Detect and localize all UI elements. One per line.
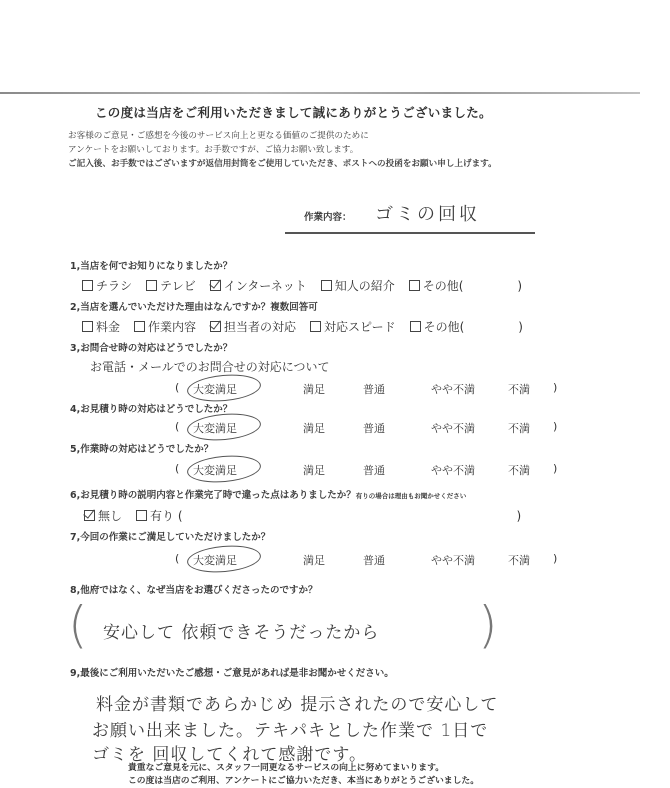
option-label: その他( <box>424 318 465 335</box>
work-underline <box>285 232 535 234</box>
option-label: インターネット <box>224 277 307 294</box>
option-referral[interactable]: 知人の紹介 <box>321 277 395 294</box>
paren-close: ) <box>553 420 557 436</box>
question-1-options: チラシ テレビ インターネット 知人の紹介 その他() <box>82 277 522 294</box>
paren-close: ) <box>553 462 557 478</box>
option-other[interactable]: その他() <box>410 318 523 335</box>
rating-normal[interactable]: 普通 <box>363 552 431 568</box>
question-2: 2,当店を選んでいただけた理由はなんですか？複数回答可 <box>70 299 318 313</box>
option-label: 作業内容 <box>148 318 196 335</box>
question-2-options: 料金 作業内容 担当者の対応 対応スピード その他() <box>82 318 523 335</box>
checkbox-checked[interactable] <box>84 510 95 521</box>
rating-very-satisfied[interactable]: 大変満足 <box>193 552 303 568</box>
rating-very-satisfied[interactable]: 大変満足 <box>193 462 303 478</box>
question-5: 5,作業時の対応はどうでしたか？ <box>70 441 213 455</box>
intro-line-1: お客様のご意見・ご感想を今後のサービス向上と更なる価値のご提供のために <box>68 129 369 141</box>
option-work-content[interactable]: 作業内容 <box>134 318 196 335</box>
question-9-answer-line-1[interactable]: 料金が書類であらかじめ 提示されたので安心して <box>96 690 498 715</box>
checkbox[interactable] <box>146 280 157 291</box>
question-8-answer[interactable]: 安心して 依頼できそうだったから <box>103 618 379 643</box>
question-3-sub: お電話・メールでのお問合せの対応について <box>90 358 330 375</box>
rating-somewhat-dissatisfied[interactable]: やや不満 <box>431 462 508 478</box>
rating-satisfied[interactable]: 満足 <box>303 552 363 568</box>
rating-somewhat-dissatisfied[interactable]: やや不満 <box>431 381 508 397</box>
checkbox[interactable] <box>410 321 421 332</box>
rating-normal[interactable]: 普通 <box>363 381 431 397</box>
option-label: 対応スピード <box>324 318 396 335</box>
document-title: この度は当店をご利用いただきまして誠にありがとうございました。 <box>95 103 492 121</box>
option-internet[interactable]: インターネット <box>210 277 307 294</box>
rating-satisfied[interactable]: 満足 <box>303 462 363 478</box>
rating-normal[interactable]: 普通 <box>363 420 431 436</box>
option-staff-response[interactable]: 担当者の対応 <box>210 318 296 335</box>
option-label: 知人の紹介 <box>335 277 395 294</box>
scan-edge-line <box>0 92 640 94</box>
rating-dissatisfied[interactable]: 不満 <box>508 381 553 397</box>
work-value: ゴミの回収 <box>375 200 480 226</box>
question-6-options: 無し 有り () <box>84 507 521 524</box>
option-flyer[interactable]: チラシ <box>82 277 132 294</box>
question-7-scale: ( 大変満足 満足 普通 やや不満 不満 ) <box>175 552 557 568</box>
option-label: テレビ <box>160 277 196 294</box>
option-label: 担当者の対応 <box>224 318 296 335</box>
option-label: 有り ( <box>150 507 183 524</box>
paren-close: ) <box>517 279 522 293</box>
rating-dissatisfied[interactable]: 不満 <box>508 420 553 436</box>
footer-line-1: 貴重なご意見を元に、スタッフ一同更なるサービスの向上に努めてまいります。 <box>128 760 444 773</box>
option-speed[interactable]: 対応スピード <box>310 318 396 335</box>
rating-dissatisfied[interactable]: 不満 <box>508 462 553 478</box>
question-4: 4,お見積り時の対応はどうでしたか？ <box>70 401 232 415</box>
paren-close: ) <box>553 552 557 568</box>
option-tv[interactable]: テレビ <box>146 277 196 294</box>
question-6-label: 6,お見積り時の説明内容と作業完了時で違った点はありましたか？ <box>70 490 356 501</box>
option-label: 無し <box>98 507 122 524</box>
question-3-scale: ( 大変満足 満足 普通 やや不満 不満 ) <box>175 381 557 397</box>
intro-line-3: ご記入後、お手数ではございますが返信用封筒をご使用していただき、ポストへの投函を… <box>68 157 497 169</box>
question-6-note: 有りの場合は理由もお聞かせください <box>356 492 467 500</box>
rating-very-satisfied[interactable]: 大変満足 <box>193 381 303 397</box>
option-price[interactable]: 料金 <box>82 318 120 335</box>
answer-paren-open: ( <box>68 596 88 654</box>
paren-close: ) <box>518 320 523 334</box>
option-label: その他( <box>423 277 464 294</box>
question-8: 8,他府ではなく、なぜ当店をお選びくださったのですか？ <box>70 582 318 596</box>
rating-somewhat-dissatisfied[interactable]: やや不満 <box>431 552 508 568</box>
checkbox[interactable] <box>82 280 93 291</box>
checkbox-checked[interactable] <box>210 321 221 332</box>
checkbox[interactable] <box>82 321 93 332</box>
question-9: 9,最後にご利用いただいたご感想・ご意見があれば是非お聞かせください。 <box>70 665 394 679</box>
rating-very-satisfied[interactable]: 大変満足 <box>193 420 303 436</box>
answer-paren-close: ) <box>478 596 498 654</box>
option-none[interactable]: 無し <box>84 507 122 524</box>
question-7: 7,今回の作業にご満足していただけましたか？ <box>70 529 270 543</box>
intro-line-2: アンケートをお願いしております。お手数ですが、ご協力お願い致します。 <box>68 143 358 155</box>
paren-close: ) <box>553 381 557 397</box>
paren-close: ) <box>517 509 522 523</box>
checkbox-checked[interactable] <box>210 280 221 291</box>
footer-line-2: この度は当店のご利用、アンケートにご協力いただき、本当にありがとうございました。 <box>128 773 479 786</box>
checkbox[interactable] <box>409 280 420 291</box>
option-other[interactable]: その他() <box>409 277 522 294</box>
rating-normal[interactable]: 普通 <box>363 462 431 478</box>
question-3: 3,お問合せ時の対応はどうでしたか？ <box>70 340 232 354</box>
rating-satisfied[interactable]: 満足 <box>303 381 363 397</box>
option-label: 料金 <box>96 318 120 335</box>
question-4-scale: ( 大変満足 満足 普通 やや不満 不満 ) <box>175 420 557 436</box>
question-1: 1,当店を何でお知りになりましたか？ <box>70 258 232 272</box>
checkbox[interactable] <box>134 321 145 332</box>
rating-dissatisfied[interactable]: 不満 <box>508 552 553 568</box>
checkbox[interactable] <box>136 510 147 521</box>
option-yes[interactable]: 有り () <box>136 507 521 524</box>
question-6: 6,お見積り時の説明内容と作業完了時で違った点はありましたか？有りの場合は理由も… <box>70 487 466 501</box>
rating-satisfied[interactable]: 満足 <box>303 420 363 436</box>
checkbox[interactable] <box>321 280 332 291</box>
option-label: チラシ <box>96 277 132 294</box>
question-5-scale: ( 大変満足 満足 普通 やや不満 不満 ) <box>175 462 557 478</box>
work-label: 作業内容： <box>304 209 352 223</box>
question-9-answer-line-2[interactable]: お願い出来ました。テキパキとした作業で 1日で <box>92 716 488 741</box>
rating-somewhat-dissatisfied[interactable]: やや不満 <box>431 420 508 436</box>
checkbox[interactable] <box>310 321 321 332</box>
